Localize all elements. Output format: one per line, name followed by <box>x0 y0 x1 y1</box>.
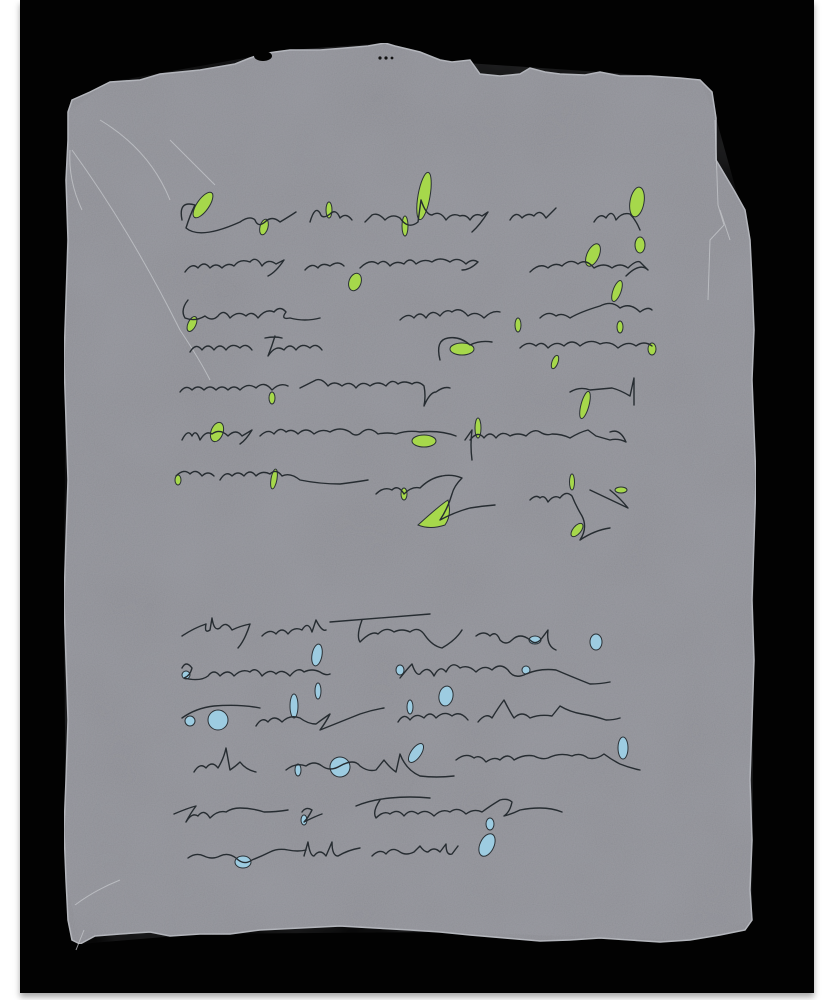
paper-sheet <box>64 43 756 950</box>
artwork <box>0 0 834 1000</box>
